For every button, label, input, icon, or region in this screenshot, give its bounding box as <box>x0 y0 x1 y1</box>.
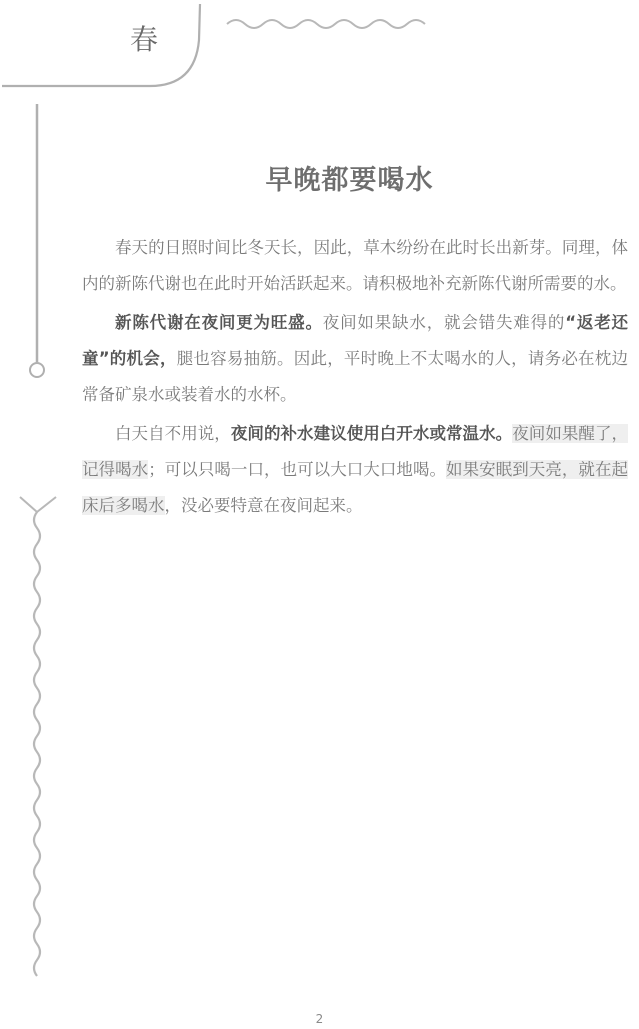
text-segment: 夜间如果缺水，就会错失难得的 <box>323 313 565 332</box>
paragraph-1: 春天的日照时间比冬天长，因此，草木纷纷在此时长出新芽。同理，体内的新陈代谢也在此… <box>82 230 628 302</box>
season-label: 春 <box>122 18 166 58</box>
header-tab-border <box>2 4 200 86</box>
article-title: 早晚都要喝水 <box>0 158 639 197</box>
text-segment: 春天的日照时间比冬天长，因此，草木纷纷在此时长出新芽。同理，体内的新陈代谢也在此… <box>82 238 628 293</box>
text-segment: 白天自不用说， <box>115 424 231 443</box>
paragraph-3: 白天自不用说，夜间的补水建议使用白开水或常温水。夜间如果醒了，记得喝水；可以只喝… <box>82 416 628 524</box>
paragraph-2: 新陈代谢在夜间更为旺盛。夜间如果缺水，就会错失难得的“返老还童”的机会，腿也容易… <box>82 305 628 413</box>
bold-segment: 新陈代谢在夜间更为旺盛。 <box>115 313 323 332</box>
fork-icon <box>20 497 56 512</box>
text-segment: ，没必要特意在夜间起来。 <box>165 496 363 515</box>
text-segment: ；可以只喝一口，也可以大口大口地喝。 <box>148 460 446 479</box>
header-wave-line <box>227 20 425 28</box>
bold-segment: 夜间的补水建议使用白开水或常温水。 <box>231 424 512 443</box>
article-body: 春天的日照时间比冬天长，因此，草木纷纷在此时长出新芽。同理，体内的新陈代谢也在此… <box>82 230 628 527</box>
page-number: 2 <box>0 1012 639 1026</box>
timeline-node-icon <box>30 363 44 377</box>
timeline-wave-line <box>34 512 40 976</box>
